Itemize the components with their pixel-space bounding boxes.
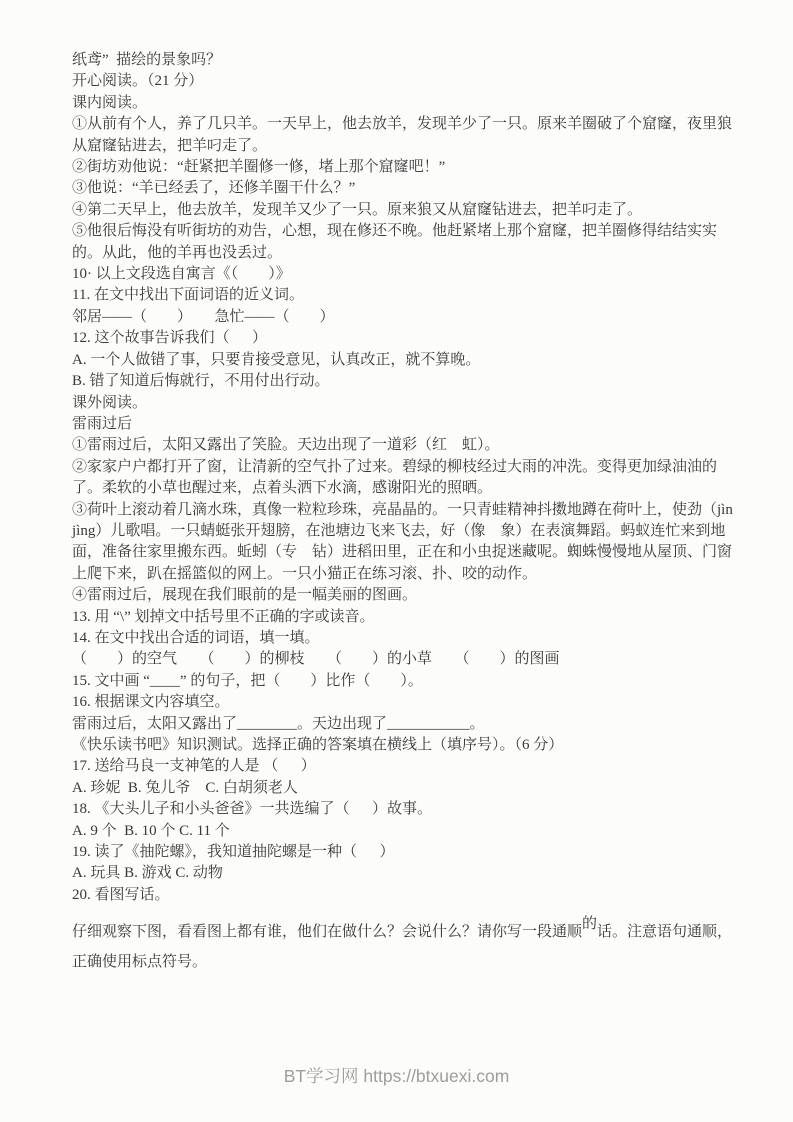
question-11: 11. 在文中找出下面词语的近义词。: [72, 285, 734, 306]
exam-paper-page: 纸鸢” 描绘的景象吗？ 开心阅读。（21 分） 课内阅读。 ①从前有个人，养了几…: [0, 0, 793, 1122]
question-15: 15. 文中画 “____” 的句子，把（ ）比作（ ）。: [72, 671, 734, 692]
storm-paragraph-4: ④雷雨过后，展现在我们眼前的是一幅美丽的图画。: [72, 585, 734, 606]
writing-prompt-superscript: 的: [582, 909, 597, 939]
writing-prompt-text-before: 仔细观察下图，看看图上都有谁，他们在做什么？会说什么？请你写一段通顺: [72, 924, 582, 940]
fable-paragraph-4: ④第二天早上，他去放羊，发现羊又少了一只。原来狼又从窟窿钻进去，把羊叼走了。: [72, 200, 734, 221]
fable-paragraph-3: ③他说：“羊已经丢了，还修羊圈干什么？”: [72, 178, 734, 199]
storm-paragraph-3: ③荷叶上滚动着几滴水珠，真像一粒粒珍珠，亮晶晶的。一只青蛙精神抖擞地蹲在荷叶上，…: [72, 500, 734, 586]
question-20: 20. 看图写话。: [72, 885, 734, 906]
label-in-class-reading: 课内阅读。: [72, 93, 734, 114]
section-title-booklist: 《快乐读书吧》知识测试。选择正确的答案填在横线上（填序号）。（6 分）: [72, 735, 734, 756]
label-out-of-class-reading: 课外阅读。: [72, 393, 734, 414]
footer-watermark: BT学习网 https://btxuexi.com: [0, 1063, 793, 1088]
question-10: 10· 以上文段选自寓言《（ ）》: [72, 264, 734, 285]
question-12: 12. 这个故事告诉我们（ ）: [72, 328, 734, 349]
storm-paragraph-1: ①雷雨过后，太阳又露出了笑脸。天边出现了一道彩（红 虹）。: [72, 435, 734, 456]
question-14: 14. 在文中找出合适的词语，填一填。: [72, 628, 734, 649]
question-17: 17. 送给马良一支神笔的人是 （ ）: [72, 756, 734, 777]
fable-paragraph-2: ②街坊劝他说：“赶紧把羊圈修一修，堵上那个窟窿吧！”: [72, 157, 734, 178]
exam-body: 纸鸢” 描绘的景象吗？ 开心阅读。（21 分） 课内阅读。 ①从前有个人，养了几…: [72, 50, 734, 977]
question-18: 18. 《大头儿子和小头爸爸》一共选编了（ ）故事。: [72, 799, 734, 820]
question-19: 19. 读了《抽陀螺》，我知道抽陀螺是一种（ ）: [72, 842, 734, 863]
fable-paragraph-1: ①从前有个人，养了几只羊。一天早上，他去放羊，发现羊少了一只。原来羊圈破了个窟窿…: [72, 114, 734, 157]
question-16: 16. 根据课文内容填空。: [72, 692, 734, 713]
question-11-blanks: 邻居——（ ） 急忙——（ ）: [72, 307, 734, 328]
question-17-options: A. 珍妮 B. 兔儿爷 C. 白胡须老人: [72, 778, 734, 799]
question-18-options: A. 9 个 B. 10 个 C. 11 个: [72, 821, 734, 842]
question-19-options: A. 玩具 B. 游戏 C. 动物: [72, 863, 734, 884]
leftover-question-line: 纸鸢” 描绘的景象吗？: [72, 50, 734, 71]
question-12-option-a: A. 一个人做错了事，只要肯接受意见，认真改正，就不算晚。: [72, 350, 734, 371]
question-14-blanks: （ ）的空气 （ ）的柳枝 （ ）的小草 （ ）的图画: [72, 649, 734, 670]
writing-prompt: 仔细观察下图，看看图上都有谁，他们在做什么？会说什么？请你写一段通顺的话。注意语…: [72, 917, 734, 977]
question-13: 13. 用 “\” 划掉文中括号里不正确的字或读音。: [72, 607, 734, 628]
section-title-reading: 开心阅读。（21 分）: [72, 71, 734, 92]
storm-paragraph-2: ②家家户户都打开了窗，让清新的空气扑了过来。碧绿的柳枝经过大雨的冲洗。变得更加绿…: [72, 457, 734, 500]
question-12-option-b: B. 错了知道后悔就行，不用付出行动。: [72, 371, 734, 392]
question-16-blanks: 雷雨过后，太阳又露出了________。天边出现了___________。: [72, 714, 734, 735]
fable-paragraph-5: ⑤他很后悔没有听街坊的劝告，心想，现在修还不晚。他赶紧堵上那个窟窿，把羊圈修得结…: [72, 221, 734, 264]
storm-passage-title: 雷雨过后: [72, 414, 734, 435]
